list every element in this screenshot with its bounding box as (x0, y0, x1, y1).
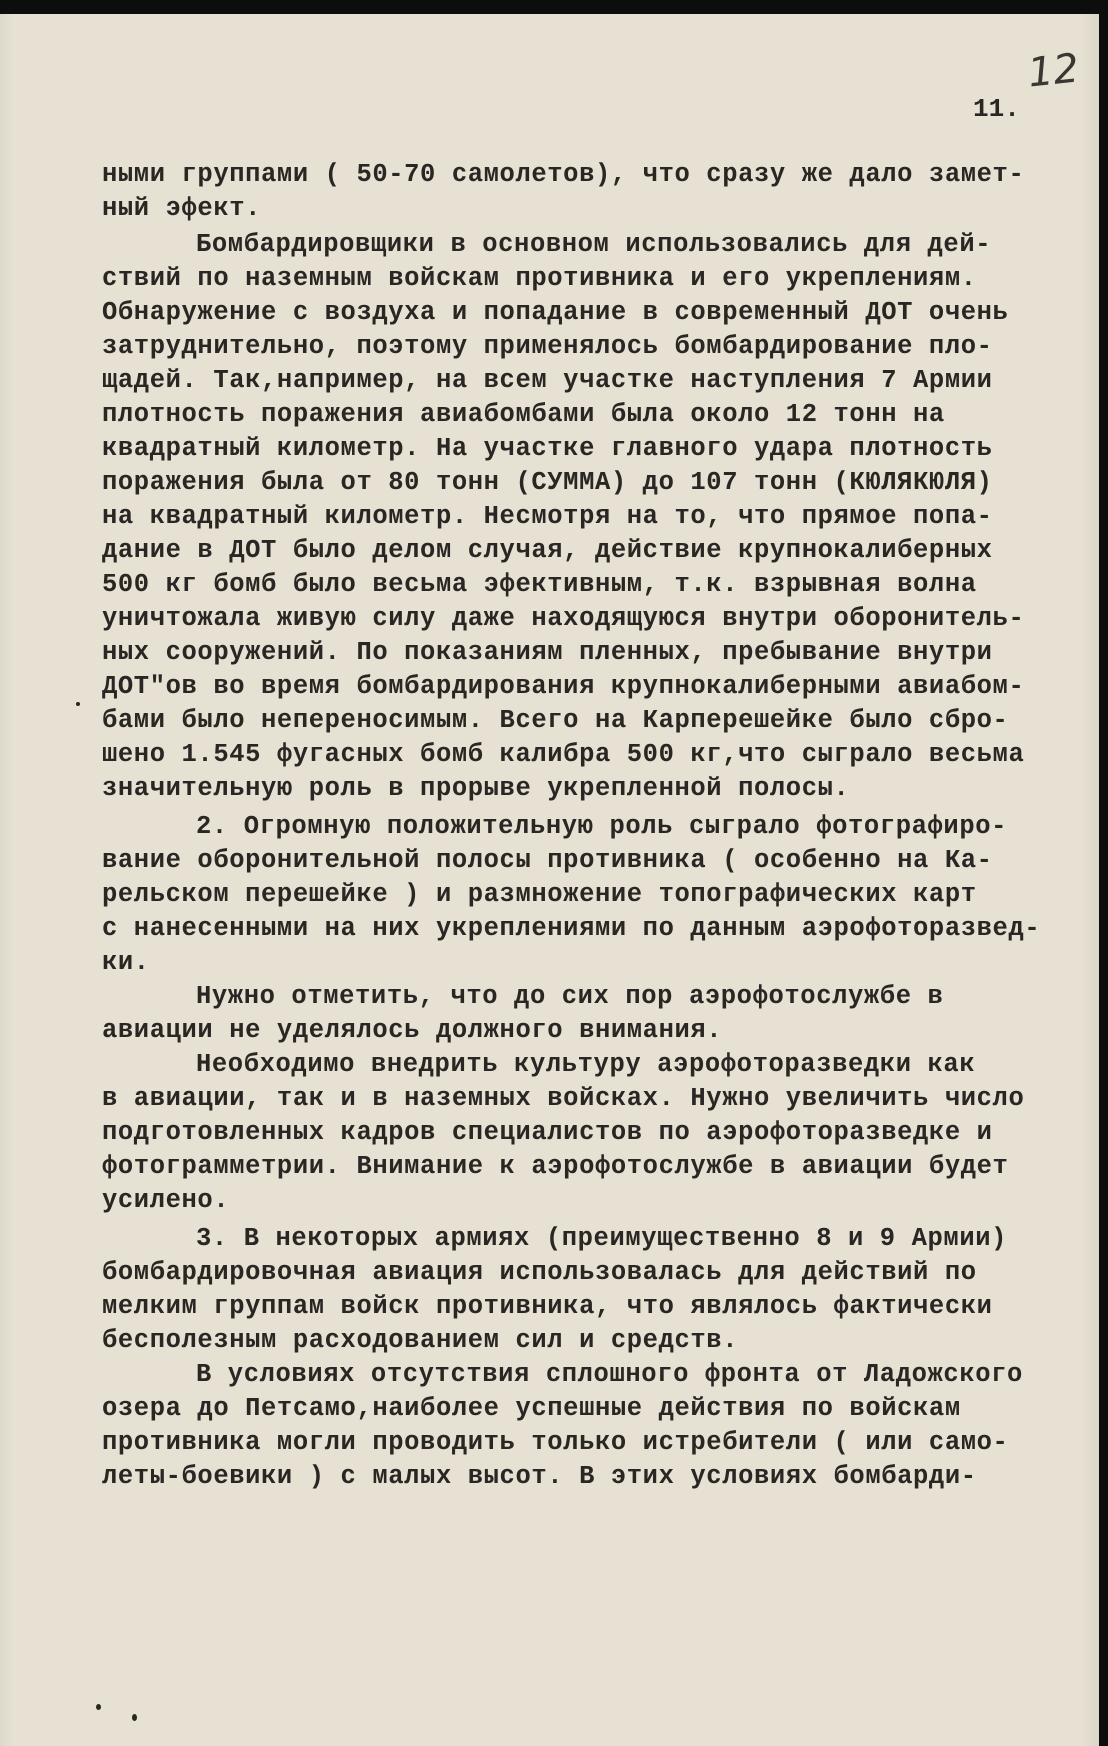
ink-speck (96, 1704, 101, 1710)
text-line: ДОТ"ов во время бомбардирования крупнока… (102, 672, 1024, 702)
text-line: ными группами ( 50-70 самолетов), что ср… (102, 160, 1024, 190)
text-line: бесполезным расходованием сил и средств. (102, 1326, 738, 1356)
text-line: бомбардировочная авиация использовалась … (102, 1258, 977, 1288)
text-line: затруднительно, поэтому применялось бомб… (102, 332, 993, 362)
text-line: 3. В некоторых армиях (преимущественно 8… (196, 1224, 1007, 1254)
text-line: Обнаружение с воздуха и попадание в совр… (102, 298, 1008, 328)
text-line: в авиации, так и в наземных войсках. Нуж… (102, 1084, 1024, 1114)
page-number: 11. (973, 94, 1020, 124)
text-line: озера до Петсамо,наиболее успешные дейст… (102, 1394, 961, 1424)
text-line: дание в ДОТ было делом случая, действие … (102, 536, 993, 566)
text-line: плотность поражения авиабомбами была око… (102, 400, 945, 430)
text-line: Необходимо внедрить культуру аэрофотораз… (196, 1050, 975, 1080)
text-line: 2. Огромную положительную роль сыграло ф… (196, 812, 1007, 842)
text-line: вание оборонительной полосы противника (… (102, 846, 993, 876)
text-line: мелким группам войск противника, что явл… (102, 1292, 993, 1322)
text-line: с нанесенными на них укреплениями по дан… (102, 914, 1040, 944)
text-line: фотограмметрии. Внимание к аэрофотослужб… (102, 1152, 1008, 1182)
ink-speck (132, 1714, 137, 1721)
text-line: Нужно отметить, что до сих пор аэрофотос… (196, 982, 943, 1012)
text-line: рельском перешейке ) и размножение топог… (102, 880, 977, 910)
handwritten-sheet-number: 12 (1026, 45, 1081, 96)
text-line: 500 кг бомб было весьма эфективным, т.к.… (102, 570, 977, 600)
text-line: на квадратный километр. Несмотря на то, … (102, 502, 993, 532)
text-line: Бомбардировщики в основном использовалис… (196, 230, 991, 260)
text-line: бами было непереносимым. Всего на Карпер… (102, 706, 1008, 736)
text-line: ный эфект. (102, 194, 261, 224)
text-line: усилено. (102, 1186, 229, 1216)
text-line: уничтожала живую силу даже находящуюся в… (102, 604, 1024, 634)
document-page: 12 11. ными группами ( 50-70 самолетов),… (0, 14, 1099, 1746)
text-line: щадей. Так,например, на всем участке нас… (102, 366, 993, 396)
text-line: леты-боевики ) с малых высот. В этих усл… (102, 1462, 977, 1492)
text-line: ки. (102, 948, 150, 978)
text-line: шено 1.545 фугасных бомб калибра 500 кг,… (102, 740, 1024, 770)
text-line: противника могли проводить только истреб… (102, 1428, 1008, 1458)
text-line: авиации не уделялось должного внимания. (102, 1016, 722, 1046)
ink-speck (76, 702, 80, 706)
text-line: квадратный километр. На участке главного… (102, 434, 993, 464)
text-line: значительную роль в прорыве укрепленной … (102, 774, 849, 804)
text-line: В условиях отсутствия сплошного фронта о… (196, 1360, 1023, 1390)
text-line: подготовленных кадров специалистов по аэ… (102, 1118, 993, 1148)
text-line: поражения была от 80 тонн (СУММА) до 107… (102, 468, 993, 498)
text-line: ных сооружений. По показаниям пленных, п… (102, 638, 993, 668)
text-line: ствий по наземным войскам противника и е… (102, 264, 977, 294)
